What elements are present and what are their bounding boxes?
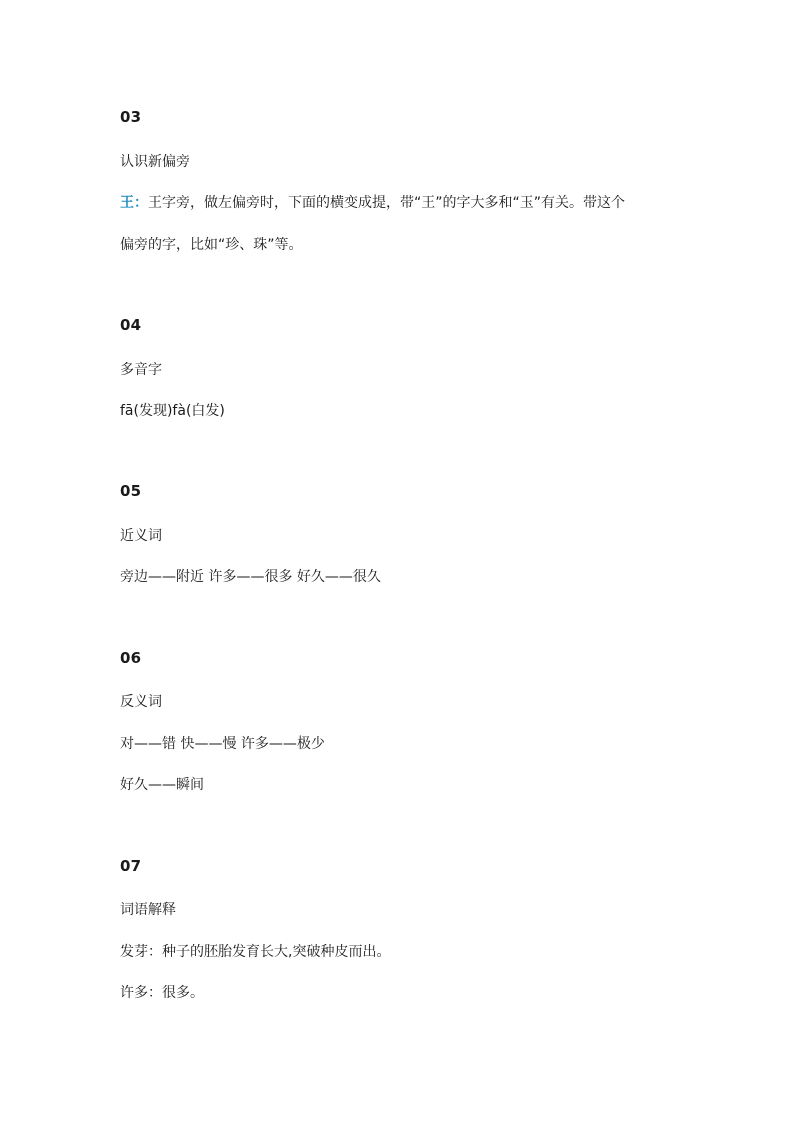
section-title: 多音字 <box>120 359 162 379</box>
radical-text: 王字旁，做左偏旁时，下面的横变成提，带“王”的字大多和“玉”有关。带这个 <box>148 195 625 211</box>
section-number: 03 <box>120 108 141 126</box>
section-number: 06 <box>120 649 141 667</box>
radical-explanation: 王：王字旁，做左偏旁时，下面的横变成提，带“王”的字大多和“玉”有关。带这个 <box>120 192 625 212</box>
radical-label: 王： <box>120 195 148 211</box>
section-number: 05 <box>120 482 141 500</box>
section-title: 词语解释 <box>120 899 176 919</box>
section-title: 近义词 <box>120 525 162 545</box>
definition-line: 发芽：种子的胚胎发育长大,突破种皮而出。 <box>120 941 390 961</box>
section-number: 07 <box>120 857 141 875</box>
section-number: 04 <box>120 316 141 334</box>
section-title: 认识新偏旁 <box>120 151 190 171</box>
section-title: 反义词 <box>120 691 162 711</box>
definition-line: 许多：很多。 <box>120 982 204 1002</box>
antonym-line: 好久——瞬间 <box>120 774 204 794</box>
radical-examples: 偏旁的字，比如“珍、珠”等。 <box>120 234 303 254</box>
polyphone-line: fā(发现)fà(白发) <box>120 400 225 420</box>
synonym-line: 旁边——附近 许多——很多 好久——很久 <box>120 566 381 586</box>
antonym-line: 对——错 快——慢 许多——极少 <box>120 733 325 753</box>
